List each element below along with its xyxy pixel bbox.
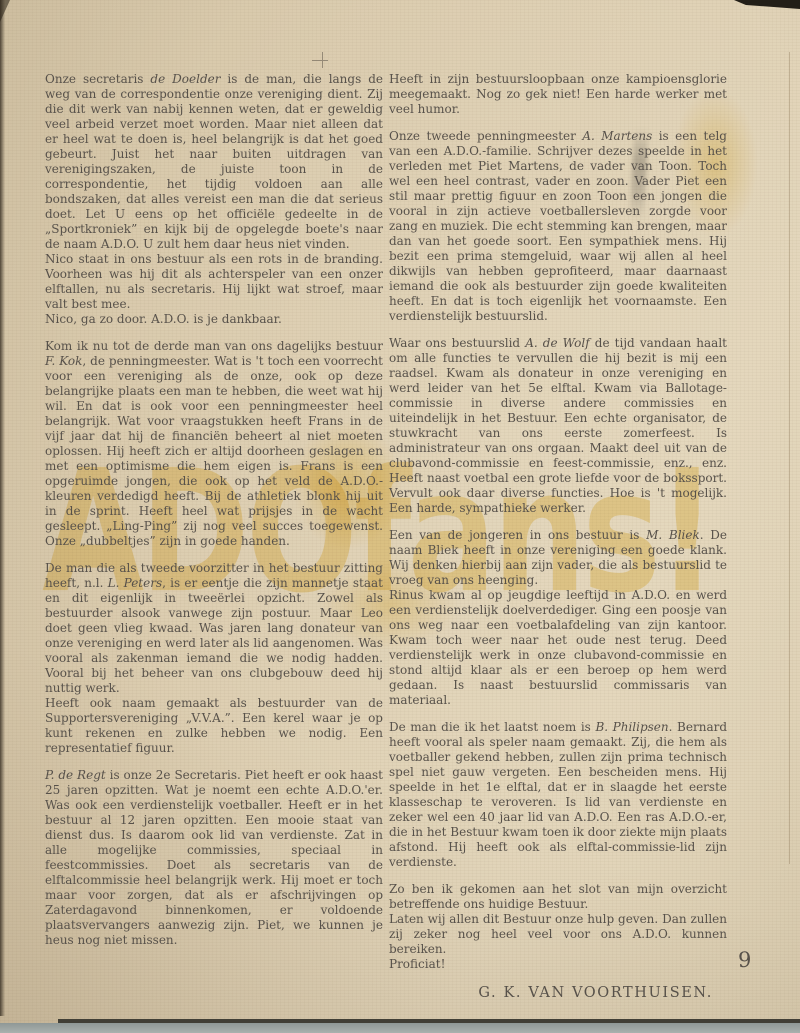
- paragraph-text: Onze secretaris: [45, 72, 150, 86]
- paragraph-text: . Bernard heeft vooral als speler naam g…: [389, 720, 727, 869]
- paragraph: De man die als tweede voorzitter in het …: [45, 561, 383, 696]
- paragraph-text: Laten wij allen dit Bestuur onze hulp ge…: [389, 912, 727, 956]
- paragraph: Nico, ga zo door. A.D.O. is je dankbaar.: [45, 312, 383, 327]
- scanned-page: ADOfans! Onze secretaris de Doelder is d…: [0, 0, 800, 1033]
- paragraph-text: Zo ben ik gekomen aan het slot van mijn …: [389, 882, 727, 911]
- paragraph-text: de tijd vandaan haalt om alle functies t…: [389, 336, 727, 515]
- text-column-right: Heeft in zijn bestuursloopbaan onze kamp…: [389, 72, 727, 1001]
- paragraph-text: , de penningmeester. Wat is 't toch een …: [45, 354, 383, 548]
- paragraph: Heeft in zijn bestuursloopbaan onze kamp…: [389, 72, 727, 117]
- paragraph-text: Nico staat in ons bestuur als een rots i…: [45, 252, 383, 311]
- paragraph: Laten wij allen dit Bestuur onze hulp ge…: [389, 912, 727, 957]
- scan-edge-left: [0, 0, 5, 1016]
- paragraph-text: Heeft in zijn bestuursloopbaan onze kamp…: [389, 72, 727, 116]
- column-body: Onze secretaris de Doelder is de man, di…: [45, 72, 383, 948]
- paragraph-text: Onze tweede penningmeester: [389, 129, 582, 143]
- paragraph: Waar ons bestuurslid A. de Wolf de tijd …: [389, 336, 727, 516]
- paragraph-text: , is er eentje die zijn mannetje staat e…: [45, 576, 383, 695]
- paragraph: P. de Regt is onze 2e Secretaris. Piet h…: [45, 768, 383, 948]
- text-column-left: Onze secretaris de Doelder is de man, di…: [45, 72, 383, 948]
- paragraph: Onze tweede penningmeester A. Martens is…: [389, 129, 727, 324]
- paragraph: Een van de jongeren in ons bestuur is M.…: [389, 528, 727, 588]
- paragraph: Kom ik nu tot de derde man van ons dagel…: [45, 339, 383, 549]
- person-name: P. de Regt: [45, 768, 106, 782]
- paragraph: Proficiat!: [389, 957, 727, 972]
- person-name: A. de Wolf: [525, 336, 589, 350]
- paragraph-text: Nico, ga zo door. A.D.O. is je dankbaar.: [45, 312, 282, 326]
- paragraph-text: Kom ik nu tot de derde man van ons dagel…: [45, 339, 383, 353]
- person-name: L. Peters: [108, 576, 162, 590]
- person-name: M. Bliek: [646, 528, 700, 542]
- scan-corner-top-right: [734, 0, 800, 9]
- paragraph-text: Waar ons bestuurslid: [389, 336, 525, 350]
- person-name: de Doelder: [150, 72, 220, 86]
- paragraph-text: is onze 2e Secretaris. Piet heeft er ook…: [45, 768, 383, 947]
- person-name: B. Philipsen: [595, 720, 668, 734]
- paragraph-text: Proficiat!: [389, 957, 445, 971]
- paragraph: Nico staat in ons bestuur als een rots i…: [45, 252, 383, 312]
- page-fold-line: [789, 52, 790, 864]
- page-number: 9: [738, 948, 751, 972]
- person-name: A. Martens: [582, 129, 652, 143]
- column-body: Heeft in zijn bestuursloopbaan onze kamp…: [389, 72, 727, 972]
- paragraph-text: Rinus kwam al op jeugdige leeftijd in A.…: [389, 588, 727, 707]
- paragraph: Rinus kwam al op jeugdige leeftijd in A.…: [389, 588, 727, 708]
- paragraph-text: De man die ik het laatst noem is: [389, 720, 595, 734]
- paragraph: Heeft ook naam gemaakt als bestuurder va…: [45, 696, 383, 756]
- paragraph: Zo ben ik gekomen aan het slot van mijn …: [389, 882, 727, 912]
- paragraph-text: is een telg van een A.D.O.-familie. Schr…: [389, 129, 727, 323]
- paragraph: De man die ik het laatst noem is B. Phil…: [389, 720, 727, 870]
- paragraph-text: is de man, die langs de weg van de corre…: [45, 72, 383, 251]
- person-name: F. Kok: [45, 354, 82, 368]
- signature: G. K. VAN VOORTHUISEN.: [389, 986, 727, 1001]
- scanner-background-strip: [0, 1023, 800, 1033]
- scan-corner-top-left: [0, 0, 10, 22]
- registration-mark: [312, 52, 328, 68]
- paragraph: Onze secretaris de Doelder is de man, di…: [45, 72, 383, 252]
- paragraph-text: Heeft ook naam gemaakt als bestuurder va…: [45, 696, 383, 755]
- paragraph-text: Een van de jongeren in ons bestuur is: [389, 528, 646, 542]
